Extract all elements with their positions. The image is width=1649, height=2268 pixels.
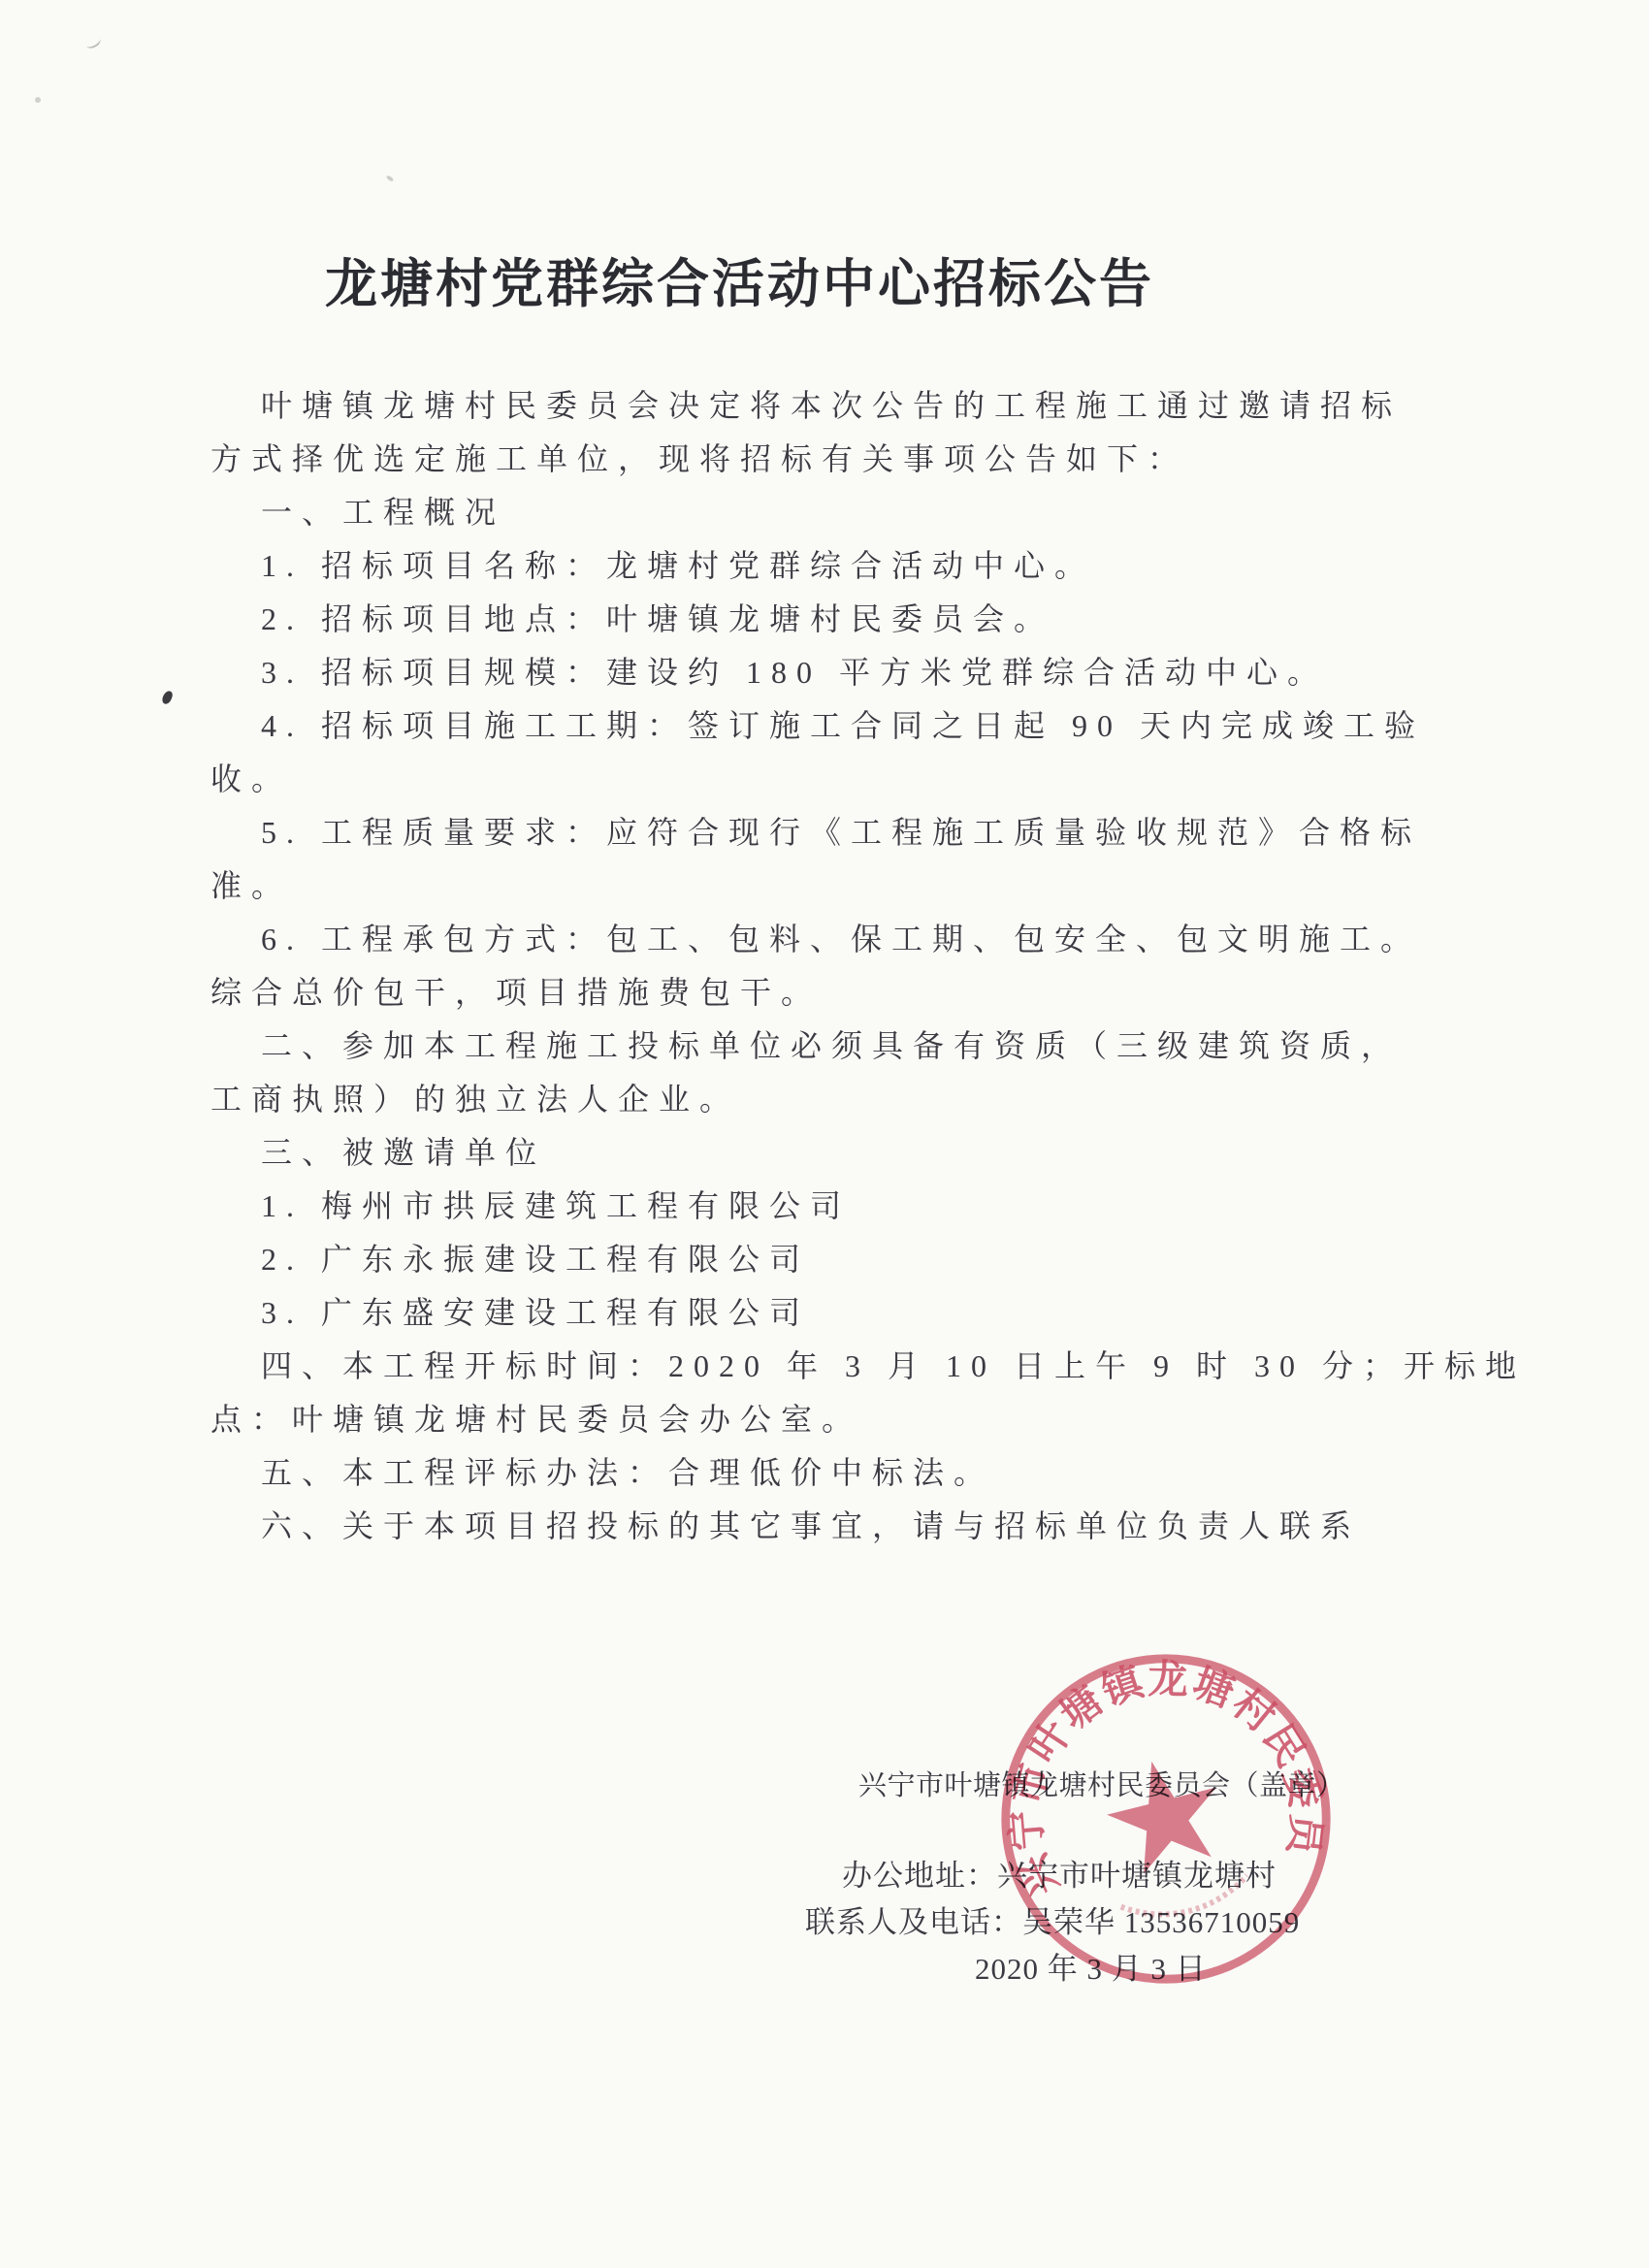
- seal-microtext: [1121, 1875, 1252, 1927]
- body-line: 六、关于本项目招投标的其它事宜，请与招标单位负责人联系: [210, 1500, 1501, 1553]
- scanned-document-page: 龙塘村党群综合活动中心招标公告 叶塘镇龙塘村民委员会决定将本次公告的工程施工通过…: [0, 0, 1649, 2268]
- scan-speck: [83, 34, 102, 50]
- body-line: 2. 广东永振建设工程有限公司: [210, 1233, 1501, 1286]
- body-line: 3. 广东盛安建设工程有限公司: [210, 1286, 1501, 1340]
- body-line: 6. 工程承包方式：包工、包料、保工期、包安全、包文明施工。: [210, 913, 1501, 966]
- body-line: 一、工程概况: [210, 486, 1501, 539]
- page-title: 龙塘村党群综合活动中心招标公告: [325, 243, 1154, 317]
- body-line: 四、本工程开标时间：2020 年 3 月 10 日上午 9 时 30 分；开标地: [210, 1340, 1501, 1393]
- body-line: 五、本工程评标办法：合理低价中标法。: [210, 1446, 1501, 1500]
- body-line: 方式择优选定施工单位，现将招标有关事项公告如下：: [210, 433, 1501, 486]
- seal-ring-text: 兴宁市叶塘镇龙塘村民委员会: [957, 1610, 1342, 1940]
- body-line: 4. 招标项目施工工期：签订施工合同之日起 90 天内完成竣工验: [210, 699, 1501, 753]
- scan-speck: [35, 97, 41, 103]
- svg-text:兴宁市叶塘镇龙塘村民委员会: 兴宁市叶塘镇龙塘村民委员会: [957, 1610, 1342, 1940]
- seal-star: [1097, 1748, 1232, 1879]
- body-line: 准。: [210, 859, 1501, 913]
- body-line: 叶塘镇龙塘村民委员会决定将本次公告的工程施工通过邀请招标: [210, 379, 1501, 433]
- body-line: 1. 梅州市拱辰建筑工程有限公司: [210, 1180, 1501, 1233]
- body-line: 三、被邀请单位: [210, 1126, 1501, 1180]
- body-line: 1. 招标项目名称：龙塘村党群综合活动中心。: [210, 539, 1501, 593]
- scan-speck: [386, 175, 395, 182]
- scan-speck: [161, 690, 174, 705]
- body-line: 二、参加本工程施工投标单位必须具备有资质（三级建筑资质，: [210, 1020, 1501, 1073]
- body-line: 收。: [210, 753, 1501, 806]
- body-line: 5. 工程质量要求：应符合现行《工程施工质量验收规范》合格标: [210, 806, 1501, 859]
- body-line: 综合总价包干，项目措施费包干。: [210, 966, 1501, 1020]
- body-line: 点：叶塘镇龙塘村民委员会办公室。: [210, 1393, 1501, 1446]
- body-line: 3. 招标项目规模：建设约 180 平方米党群综合活动中心。: [210, 646, 1501, 699]
- document-body: 叶塘镇龙塘村民委员会决定将本次公告的工程施工通过邀请招标 方式择优选定施工单位，…: [210, 379, 1501, 1553]
- body-line: 2. 招标项目地点：叶塘镇龙塘村民委员会。: [210, 593, 1501, 646]
- body-line: 工商执照）的独立法人企业。: [210, 1073, 1501, 1126]
